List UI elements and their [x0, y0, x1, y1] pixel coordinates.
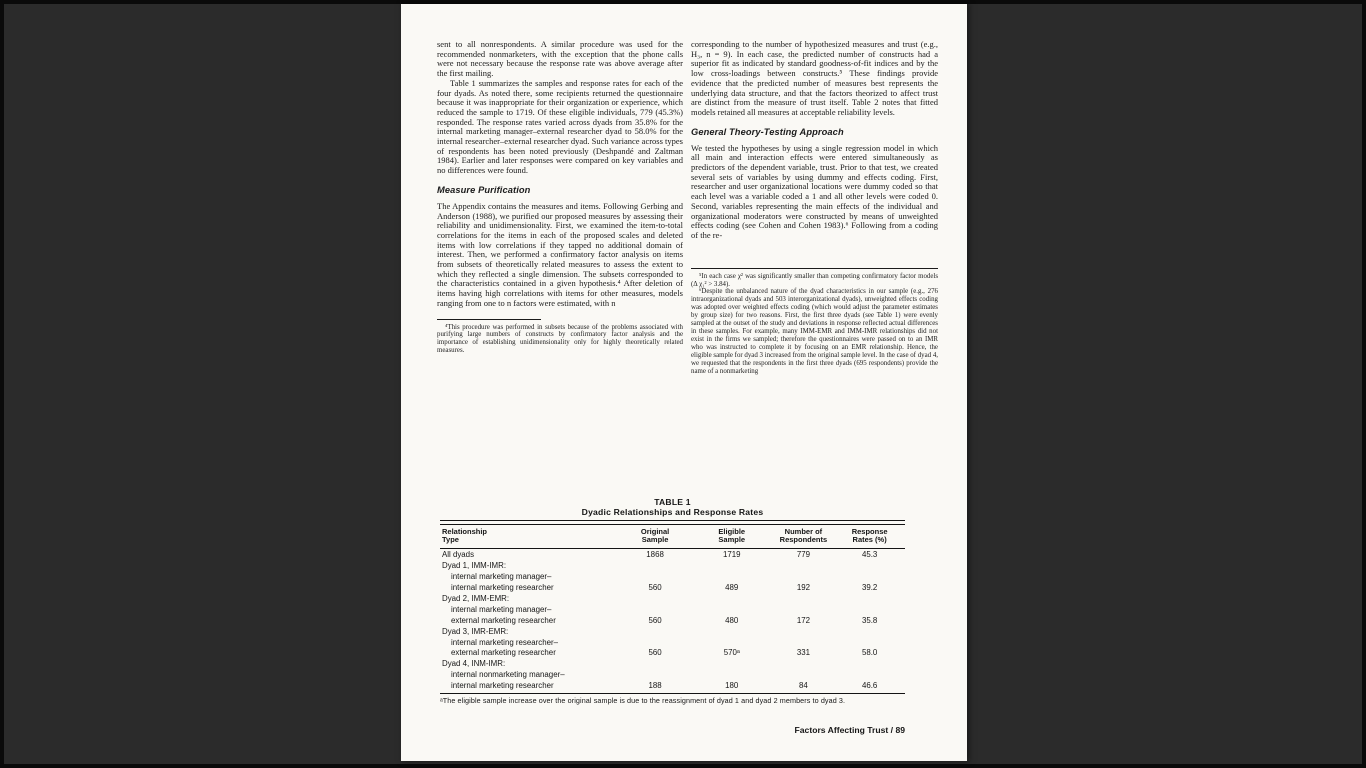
cell-response-rate: 46.6 — [834, 681, 905, 692]
footnote-separator — [691, 268, 938, 269]
paragraph: Table 1 summarizes the samples and respo… — [437, 79, 683, 176]
table-title: TABLE 1 Dyadic Relationships and Respons… — [440, 498, 905, 517]
cell-eligible-sample: 180 — [691, 681, 773, 692]
footnote-4: ⁴This procedure was performed in subsets… — [437, 324, 683, 356]
cell-response-rate: 35.8 — [834, 616, 905, 627]
table-caption: Dyadic Relationships and Response Rates — [440, 508, 905, 518]
right-column: corresponding to the number of hypothesi… — [691, 40, 938, 375]
footnote-5: ⁵In each case χ² was significantly small… — [691, 273, 938, 289]
cell-original-sample: 560 — [619, 616, 691, 627]
cell-original-sample: 560 — [619, 648, 691, 659]
column-header-number-of-respondents: Number of Respondents — [773, 528, 835, 546]
cell-eligible-sample: 489 — [691, 583, 773, 594]
cell-original-sample: 1868 — [619, 550, 691, 561]
table-body: All dyads 1868 1719 779 45.3 Dyad 1, IMM… — [440, 549, 905, 693]
cell-eligible-sample: 570ᵃ — [691, 648, 773, 659]
cell-eligible-sample: 1719 — [691, 550, 773, 561]
table-row-dyad-3: Dyad 3, IMR-EMR: internal marketing rese… — [440, 627, 905, 660]
cell-respondents: 172 — [773, 616, 835, 627]
column-header-response-rates: Response Rates (%) — [834, 528, 905, 546]
cell-respondents: 84 — [773, 681, 835, 692]
cell-respondents: 779 — [773, 550, 835, 561]
footnote-separator — [437, 319, 541, 320]
running-footer: Factors Affecting Trust / 89 — [440, 725, 905, 735]
cell-respondents: 192 — [773, 583, 835, 594]
cell-original-sample: 560 — [619, 583, 691, 594]
table-header-row: Relationship Type Original Sample Eligib… — [440, 525, 905, 549]
column-header-original-sample: Original Sample — [619, 528, 691, 546]
paragraph: The Appendix contains the measures and i… — [437, 202, 683, 309]
table-bottom-rule — [440, 693, 905, 694]
column-header-relationship-type: Relationship Type — [440, 528, 619, 546]
column-header-eligible-sample: Eligible Sample — [691, 528, 773, 546]
cell-original-sample: 188 — [619, 681, 691, 692]
cell-response-rate: 39.2 — [834, 583, 905, 594]
paper-page: sent to all nonrespondents. A similar pr… — [401, 4, 967, 761]
cell-respondents: 331 — [773, 648, 835, 659]
left-column: sent to all nonrespondents. A similar pr… — [437, 40, 683, 355]
table-row-dyad-2: Dyad 2, IMM-EMR: internal marketing mana… — [440, 594, 905, 627]
section-heading-measure-purification: Measure Purification — [437, 185, 683, 196]
footnote-6: ⁶Despite the unbalanced nature of the dy… — [691, 288, 938, 375]
cell-eligible-sample: 480 — [691, 616, 773, 627]
section-heading-general-theory-testing: General Theory-Testing Approach — [691, 127, 938, 138]
cell-response-rate: 58.0 — [834, 648, 905, 659]
table-row-dyad-1: Dyad 1, IMM-IMR: internal marketing mana… — [440, 561, 905, 594]
paragraph: sent to all nonrespondents. A similar pr… — [437, 40, 683, 79]
paragraph: corresponding to the number of hypothesi… — [691, 40, 938, 118]
paragraph: We tested the hypotheses by using a sing… — [691, 144, 938, 241]
table-row-all-dyads: All dyads 1868 1719 779 45.3 — [440, 550, 905, 561]
table-1: TABLE 1 Dyadic Relationships and Respons… — [440, 498, 905, 705]
table-row-dyad-4: Dyad 4, INM-IMR: internal nonmarketing m… — [440, 659, 905, 692]
table-footnote: ᵃThe eligible sample increase over the o… — [440, 696, 905, 705]
cell-response-rate: 45.3 — [834, 550, 905, 561]
